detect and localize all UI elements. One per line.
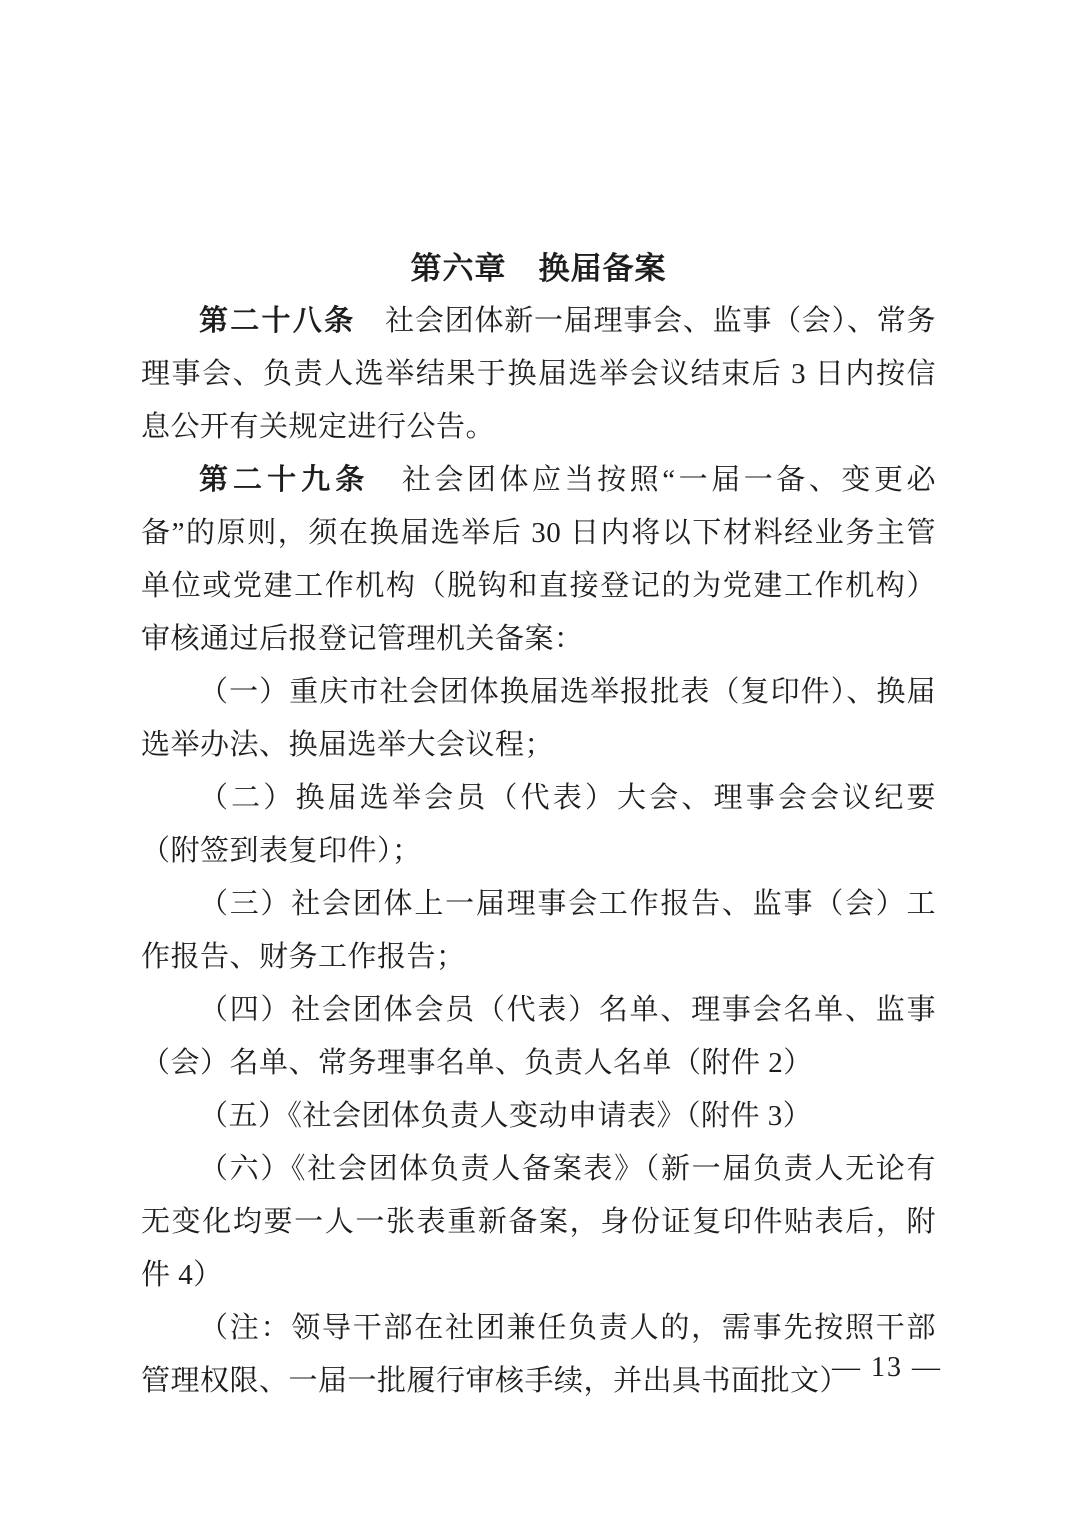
paragraph: （注：领导干部在社团兼任负责人的，需事先按照干部管理权限、一届一批履行审核手续，…: [141, 1302, 936, 1408]
article-number: 第二十九条: [199, 464, 369, 496]
document-content: 第六章 换届备案 第二十八条 社会团体新一届理事会、监事（会）、常务理事会、负责…: [141, 242, 936, 1408]
paragraph: （一）重庆市社会团体换届选举报批表（复印件）、换届选举办法、换届选举大会议程；: [141, 666, 936, 772]
paragraph: 第二十八条 社会团体新一届理事会、监事（会）、常务理事会、负责人选举结果于换届选…: [141, 295, 936, 454]
chapter-title: 第六章 换届备案: [141, 242, 936, 295]
paragraph: （二）换届选举会员（代表）大会、理事会会议纪要（附签到表复印件）；: [141, 772, 936, 878]
paragraph: （六）《社会团体负责人备案表》（新一届负责人无论有无变化均要一人一张表重新备案，…: [141, 1143, 936, 1302]
paragraph: （三）社会团体上一届理事会工作报告、监事（会）工作报告、财务工作报告；: [141, 878, 936, 984]
article-number: 第二十八条: [199, 305, 355, 337]
page-number: — 13 —: [832, 1348, 942, 1388]
paragraph: （四）社会团体会员（代表）名单、理事会名单、监事（会）名单、常务理事名单、负责人…: [141, 984, 936, 1090]
document-page: 第六章 换届备案 第二十八条 社会团体新一届理事会、监事（会）、常务理事会、负责…: [0, 0, 1074, 1520]
document-body: 第二十八条 社会团体新一届理事会、监事（会）、常务理事会、负责人选举结果于换届选…: [141, 295, 936, 1408]
paragraph: 第二十九条 社会团体应当按照“一届一备、变更必备”的原则，须在换届选举后 30 …: [141, 454, 936, 666]
paragraph: （五）《社会团体负责人变动申请表》（附件 3）: [141, 1090, 936, 1143]
